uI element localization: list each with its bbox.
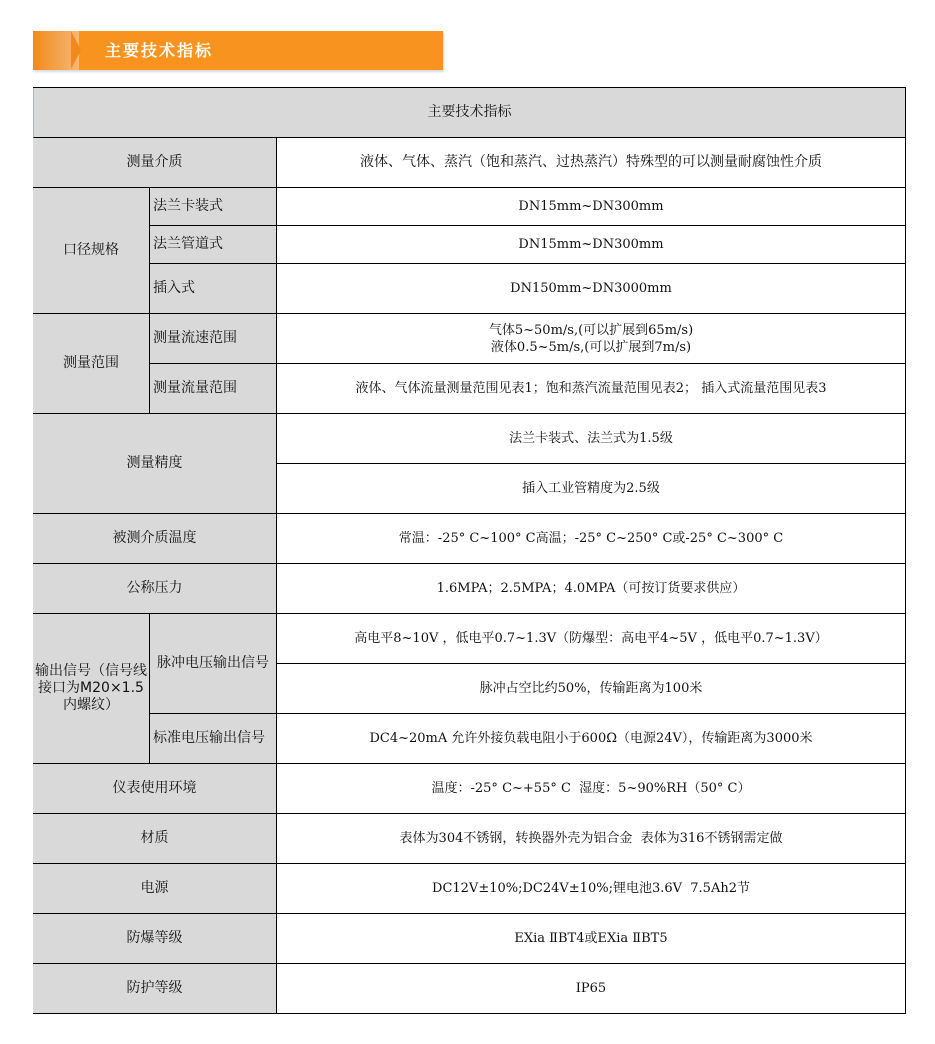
row-value-environment: 温度：-25° C~+55° C 湿度：5~90%RH（50° C）	[277, 764, 906, 814]
banner-chevron-icon	[71, 31, 81, 69]
sub-label-flange-clamp: 法兰卡装式	[150, 188, 277, 226]
row-label-power: 电源	[33, 864, 277, 914]
sub-value-insertion: DN150mm~DN3000mm	[277, 264, 906, 314]
row-label-caliber: 口径规格	[33, 188, 150, 314]
sub-value-flange-clamp: DN15mm~DN300mm	[277, 188, 906, 226]
table-header: 主要技术指标	[33, 88, 906, 138]
row-value-pressure: 1.6MPA；2.5MPA；4.0MPA（可按订货要求供应）	[277, 564, 906, 614]
row-label-pressure: 公称压力	[33, 564, 277, 614]
velocity-liquid-line: 液体0.5~5m/s,(可以扩展到7m/s)	[491, 339, 691, 356]
row-label-range: 测量范围	[33, 314, 150, 414]
row-label-material: 材质	[33, 814, 277, 864]
section-banner: 主要技术指标	[33, 31, 443, 70]
velocity-gas-line: 气体5~50m/s,(可以扩展到65m/s)	[489, 322, 693, 339]
accuracy-value-flange: 法兰卡装式、法兰式为1.5级	[277, 414, 906, 464]
pulse-output-levels: 高电平8~10V ，低电平0.7~1.3V（防爆型：高电平4~5V ，低电平0.…	[277, 614, 906, 664]
row-value-power: DC12V±10%;DC24V±10%;锂电池3.6V 7.5Ah2节	[277, 864, 906, 914]
sub-value-flow-range: 液体、气体流量测量范围见表1；饱和蒸汽流量范围见表2； 插入式流量范围见表3	[277, 364, 906, 414]
row-label-explosion: 防爆等级	[33, 914, 277, 964]
row-label-environment: 仪表使用环境	[33, 764, 277, 814]
sub-label-standard-output: 标准电压输出信号	[150, 714, 277, 764]
sub-value-flange-pipe: DN15mm~DN300mm	[277, 226, 906, 264]
row-value-explosion: EXia ⅡBT4或EXia ⅡBT5	[277, 914, 906, 964]
section-title: 主要技术指标	[105, 31, 213, 70]
sub-value-velocity-range: 气体5~50m/s,(可以扩展到65m/s) 液体0.5~5m/s,(可以扩展到…	[277, 314, 906, 364]
row-value-material: 表体为304不锈钢，转换器外壳为铝合金 表体为316不锈钢需定做	[277, 814, 906, 864]
row-value-temperature: 常温：-25° C~100° C高温；-25° C~250° C或-25° C~…	[277, 514, 906, 564]
row-label-output: 输出信号（信号线接口为M20×1.5内螺纹）	[33, 614, 150, 764]
row-label-protection: 防护等级	[33, 964, 277, 1014]
row-label-accuracy: 测量精度	[33, 414, 277, 514]
sub-label-flow-range: 测量流量范围	[150, 364, 277, 414]
pulse-output-duty: 脉冲占空比约50%，传输距离为100米	[277, 664, 906, 714]
row-label-medium: 测量介质	[33, 138, 277, 188]
accuracy-value-insertion: 插入工业管精度为2.5级	[277, 464, 906, 514]
sub-label-flange-pipe: 法兰管道式	[150, 226, 277, 264]
row-value-protection: IP65	[277, 964, 906, 1014]
row-value-medium: 液体、气体、蒸汽（饱和蒸汽、过热蒸汽）特殊型的可以测量耐腐蚀性介质	[277, 138, 906, 188]
sub-label-pulse-output: 脉冲电压输出信号	[150, 614, 277, 714]
standard-output-value: DC4~20mA 允许外接负载电阻小于600Ω（电源24V），传输距离为3000…	[277, 714, 906, 764]
sub-label-insertion: 插入式	[150, 264, 277, 314]
row-label-temperature: 被测介质温度	[33, 514, 277, 564]
sub-label-velocity-range: 测量流速范围	[150, 314, 277, 364]
